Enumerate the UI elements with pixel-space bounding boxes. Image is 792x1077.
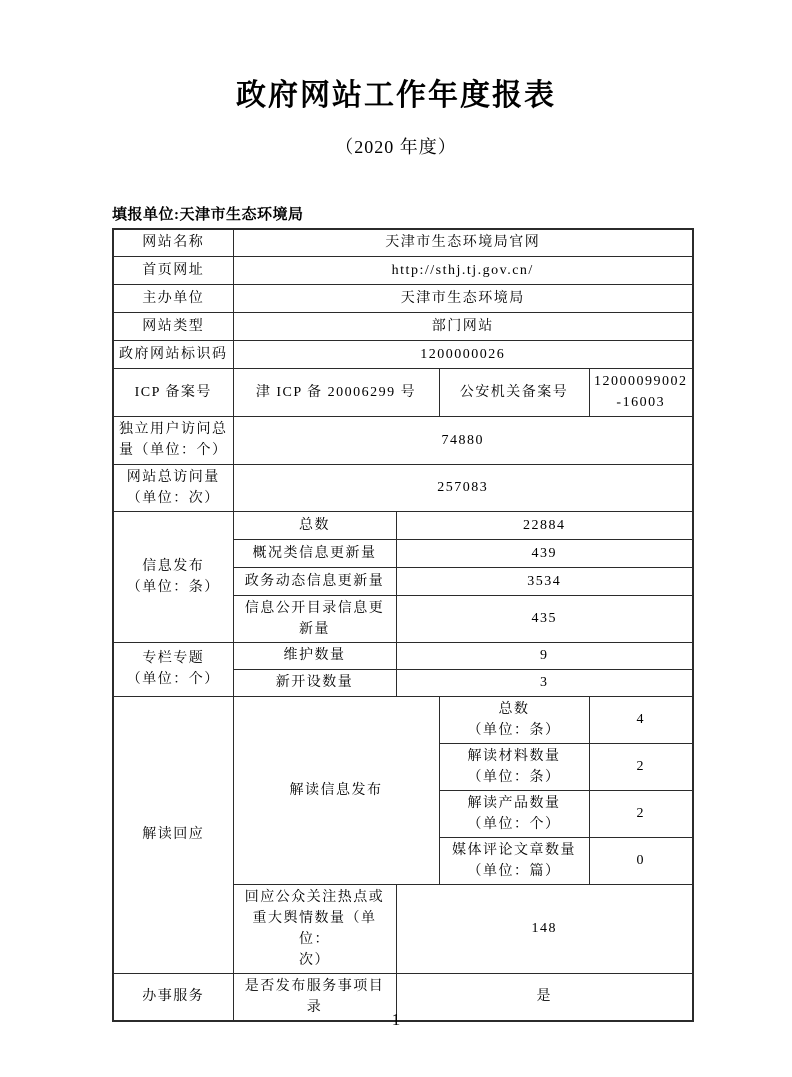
info-publish-total-label: 总数 (233, 511, 396, 539)
topics-maintained-value: 9 (396, 642, 693, 669)
row-website-name: 网站名称 天津市生态环境局官网 (113, 229, 693, 256)
interpret-materials-value: 2 (589, 743, 693, 790)
website-type-value: 部门网站 (233, 312, 693, 340)
row-info-publish-total: 信息发布 （单位：条） 总数 22884 (113, 511, 693, 539)
row-icp: ICP 备案号 津 ICP 备 20006299 号 公安机关备案号 12000… (113, 368, 693, 416)
row-homepage-url: 首页网址 http://sthj.tj.gov.cn/ (113, 256, 693, 284)
homepage-url-label: 首页网址 (113, 256, 233, 284)
interpret-publish-label: 解读信息发布 (233, 696, 439, 884)
topics-new-value: 3 (396, 669, 693, 696)
unique-visitors-label: 独立用户访问总 量（单位：个） (113, 416, 233, 464)
site-code-value: 1200000026 (233, 340, 693, 368)
icp-label: ICP 备案号 (113, 368, 233, 416)
interpret-media-label: 媒体评论文章数量 （单位：篇） (439, 837, 589, 884)
interpret-total-label: 总数 （单位：条） (439, 696, 589, 743)
topics-new-label: 新开设数量 (233, 669, 396, 696)
interpret-products-value: 2 (589, 790, 693, 837)
info-publish-dynamics-value: 3534 (396, 567, 693, 595)
hotspot-response-value: 148 (396, 884, 693, 973)
total-visits-label: 网站总访问量 （单位：次） (113, 464, 233, 511)
row-unique-visitors: 独立用户访问总 量（单位：个） 74880 (113, 416, 693, 464)
info-publish-directory-value: 435 (396, 595, 693, 642)
interpret-products-label: 解读产品数量 （单位：个） (439, 790, 589, 837)
organizer-label: 主办单位 (113, 284, 233, 312)
document-subtitle: （2020 年度） (0, 133, 792, 159)
website-name-label: 网站名称 (113, 229, 233, 256)
homepage-url-value: http://sthj.tj.gov.cn/ (233, 256, 693, 284)
hotspot-response-label: 回应公众关注热点或 重大舆情数量（单位： 次） (233, 884, 396, 973)
info-publish-directory-label: 信息公开目录信息更新量 (233, 595, 396, 642)
row-total-visits: 网站总访问量 （单位：次） 257083 (113, 464, 693, 511)
row-website-type: 网站类型 部门网站 (113, 312, 693, 340)
police-filing-value: 12000099002 -16003 (589, 368, 693, 416)
unique-visitors-value: 74880 (233, 416, 693, 464)
row-topics-maintained: 专栏专题 （单位：个） 维护数量 9 (113, 642, 693, 669)
row-site-code: 政府网站标识码 1200000026 (113, 340, 693, 368)
police-filing-label: 公安机关备案号 (439, 368, 589, 416)
website-type-label: 网站类型 (113, 312, 233, 340)
interpret-media-value: 0 (589, 837, 693, 884)
annual-report-table: 网站名称 天津市生态环境局官网 首页网址 http://sthj.tj.gov.… (112, 228, 694, 1022)
interpret-total-value: 4 (589, 696, 693, 743)
reporting-unit-line: 填报单位:天津市生态环境局 (112, 203, 304, 224)
info-publish-overview-value: 439 (396, 539, 693, 567)
topics-section-label: 专栏专题 （单位：个） (113, 642, 233, 696)
interpret-section-label: 解读回应 (113, 696, 233, 973)
document-title: 政府网站工作年度报表 (0, 70, 792, 114)
report-page: { "document": { "title": "政府网站工作年度报表", "… (0, 0, 792, 1077)
row-interpret-total: 解读回应 解读信息发布 总数 （单位：条） 4 (113, 696, 693, 743)
organizer-value: 天津市生态环境局 (233, 284, 693, 312)
info-publish-section-label: 信息发布 （单位：条） (113, 511, 233, 642)
info-publish-dynamics-label: 政务动态信息更新量 (233, 567, 396, 595)
page-number: 1 (0, 1010, 792, 1030)
total-visits-value: 257083 (233, 464, 693, 511)
row-organizer: 主办单位 天津市生态环境局 (113, 284, 693, 312)
topics-maintained-label: 维护数量 (233, 642, 396, 669)
info-publish-overview-label: 概况类信息更新量 (233, 539, 396, 567)
interpret-materials-label: 解读材料数量 （单位：条） (439, 743, 589, 790)
icp-value: 津 ICP 备 20006299 号 (233, 368, 439, 416)
site-code-label: 政府网站标识码 (113, 340, 233, 368)
website-name-value: 天津市生态环境局官网 (233, 229, 693, 256)
info-publish-total-value: 22884 (396, 511, 693, 539)
